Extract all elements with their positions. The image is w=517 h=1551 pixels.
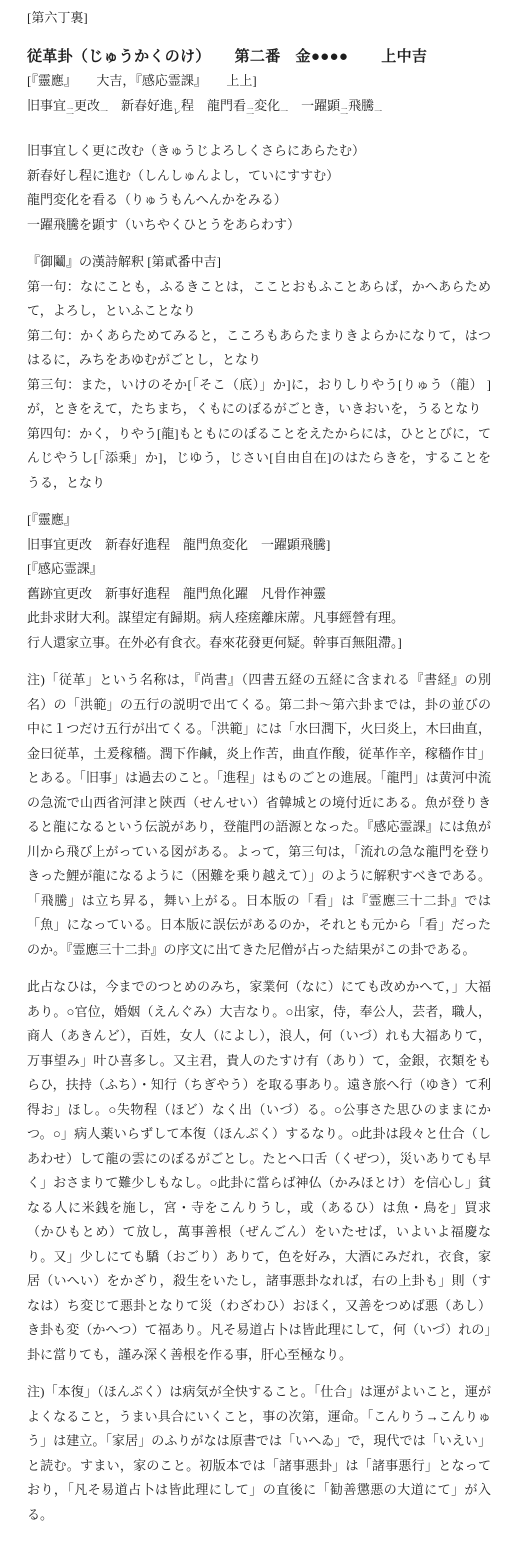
kanbun-text: 一躍顕	[288, 98, 340, 113]
kanshi-line: 第一句：なにことも，ふるきことは，こことおもふことあらば，かへあらためて，よろし…	[27, 275, 491, 324]
kanbun-verse-line: 旧事宜二更改一 新春好進レ程 龍門看二変化一 一躍顕二飛騰一	[27, 94, 491, 125]
kanno-reika-block: [『感応霊課』 舊跡宜更改 新事好進程 龍門魚化躍 凡骨作神靈 此卦求財大利。謀…	[27, 557, 491, 655]
kanbun-text: 変化	[254, 98, 280, 113]
kanbun-mark: 二	[340, 107, 348, 116]
hexagram-number: 第二番	[235, 49, 281, 65]
hexagram-element-dots: 金●●●●	[296, 49, 349, 65]
note-paragraph-1: 注)「従革」という名称は，『尚書』（四書五経の五経に含まれる『書経』の別名）の「…	[27, 668, 491, 962]
document-page: [第六丁裏] 従革卦（じゅうかくのけ）第二番金●●●●上中吉 [『靈應』 大吉，…	[0, 0, 517, 1551]
kanshi-line: 第二句：かくあらためてみると，こころもあらたまりきよらかになりて，はつはるに，み…	[27, 324, 491, 373]
kanbun-mark: 一	[374, 107, 382, 116]
reiou-open: [『靈應』	[27, 508, 491, 533]
kanbun-mark: 一	[100, 107, 108, 116]
kanno-reika-prose-2: 行人還家立事。在外必有食衣。春來花發更何疑。幹事百無阻滯。]	[27, 631, 491, 656]
kanbun-mark: 二	[246, 107, 254, 116]
kanbun-mark: レ	[173, 107, 181, 116]
kanno-reika-open: [『感応霊課』	[27, 557, 491, 582]
kanno-reika-prose-1: 此卦求財大利。謀望定有歸期。病人痊瘥離床蓆。凡事經營有理。	[27, 606, 491, 631]
fortune-paragraph: 此占なひは，今までのつとめのみち，家業何（なに）にても改めかへて，」大福あり。○…	[27, 975, 491, 1367]
yomikudashi-line: 新春好し程に進む（しんしゅんよし，ていにすすむ）	[27, 164, 491, 189]
hexagram-rating: 上中吉	[381, 49, 427, 65]
yomikudashi-line: 一躍飛騰を顕す（いちやくひとうをあらわす）	[27, 213, 491, 238]
kanbun-text: 更改	[74, 98, 100, 113]
kanshi-line: 第四句：かく，りやう[龍]もともにのぼることをえたからには，ひととびに，てんじや…	[27, 422, 491, 496]
yomikudashi-line: 龍門変化を看る（りゅうもんへんかをみる）	[27, 188, 491, 213]
kanbun-text: 程 龍門看	[181, 98, 246, 113]
kanbun-text: 旧事宜	[27, 98, 66, 113]
hexagram-title-line: 従革卦（じゅうかくのけ）第二番金●●●●上中吉	[27, 45, 491, 70]
note-paragraph-2: 注)「本復」（ほんぷく）は病気が全快すること。「仕合」は運がよいこと，運がよくな…	[27, 1380, 491, 1527]
kanbun-mark: 二	[66, 107, 74, 116]
yomikudashi-section: 旧事宜しく更に改む（きゅうじよろしくさらにあらたむ） 新春好し程に進む（しんしゅ…	[27, 139, 491, 237]
kanshi-line: 第三句：また，いけのそか[「そこ（底）」か]に，おりしりやう[りゅう（龍） ]が…	[27, 373, 491, 422]
kanbun-mark: 一	[280, 107, 288, 116]
kanno-reika-verse: 舊跡宜更改 新事好進程 龍門魚化躍 凡骨作神靈	[27, 582, 491, 607]
hexagram-name: 従革卦（じゅうかくのけ）	[27, 49, 211, 65]
kanbun-text: 飛騰	[348, 98, 374, 113]
kanshi-heading: 『御鬮』の漢詩解釈 [第貳番中吉]	[27, 250, 491, 275]
folio-label: [第六丁裏]	[27, 6, 491, 31]
reiou-block: [『靈應』 旧事宜更改 新春好進程 龍門魚変化 一躍顕飛騰]	[27, 508, 491, 557]
source-ratings-line: [『靈應』 大吉，『感応霊課』 上上]	[27, 69, 491, 94]
reiou-verse: 旧事宜更改 新春好進程 龍門魚変化 一躍顕飛騰]	[27, 533, 491, 558]
kanbun-text: 新春好進	[108, 98, 173, 113]
yomikudashi-line: 旧事宜しく更に改む（きゅうじよろしくさらにあらたむ）	[27, 139, 491, 164]
kanshi-interpretation-section: 『御鬮』の漢詩解釈 [第貳番中吉] 第一句：なにことも，ふるきことは，こことおも…	[27, 250, 491, 495]
